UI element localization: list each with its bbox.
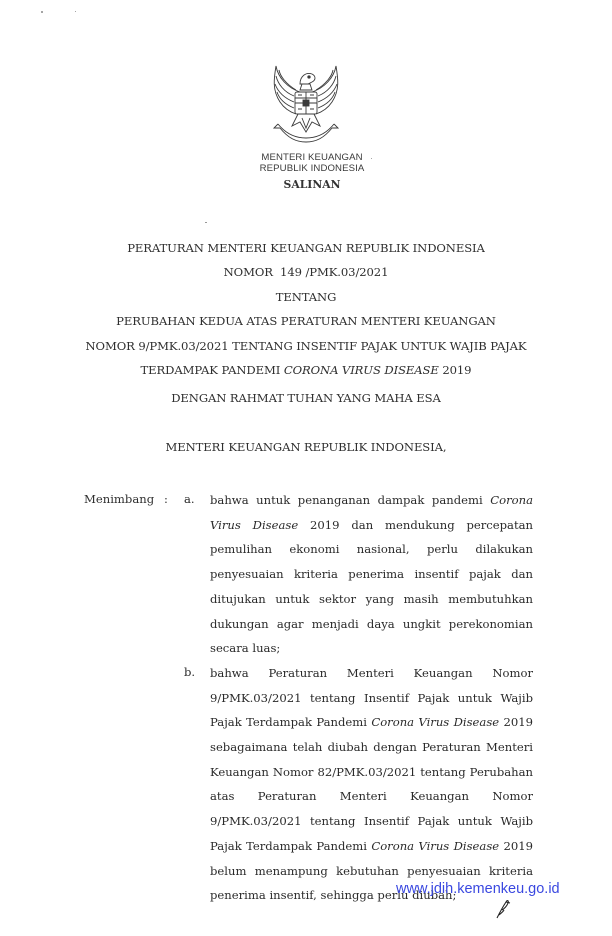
regulation-subject-line1: PERUBAHAN KEDUA ATAS PERATURAN MENTERI K… (0, 314, 612, 328)
garuda-emblem-icon (266, 62, 346, 150)
regulation-title: PERATURAN MENTERI KEUANGAN REPUBLIK INDO… (0, 241, 612, 255)
issuer: MENTERI KEUANGAN REPUBLIK INDONESIA, (0, 440, 612, 454)
item-text-line: 9/PMK.03/2021 tentang Insentif Pajak unt… (210, 690, 533, 706)
regulation-subject-line2: NOMOR 9/PMK.03/2021 TENTANG INSENTIF PAJ… (0, 339, 612, 353)
invocation: DENGAN RAHMAT TUHAN YANG MAHA ESA (0, 391, 612, 405)
ministry-heading-line1: MENTERI KEUANGAN (6, 152, 612, 163)
item-text-line: ditujukan untuk sektor yang masih membut… (210, 591, 533, 607)
document-page: MENTERI KEUANGAN REPUBLIK INDONESIA SALI… (0, 0, 612, 936)
item-text-line: Pajak Terdampak Pandemi Corona Virus Dis… (210, 714, 533, 730)
scan-speck (41, 11, 43, 13)
item-text-line: Virus Disease 2019 dan mendukung percepa… (210, 517, 533, 533)
item-text-line: dukungan agar menjadi daya ungkit pereko… (210, 616, 533, 632)
scan-speck (75, 11, 76, 12)
item-text-line: sebagaimana telah diubah dengan Peratura… (210, 739, 533, 755)
considering-label: Menimbang (84, 492, 154, 506)
item-text-line: bahwa Peraturan Menteri Keuangan Nomor (210, 665, 533, 681)
handwritten-initial-icon (494, 898, 514, 920)
item-text-line: Pajak Terdampak Pandemi Corona Virus Dis… (210, 838, 533, 854)
regulation-subject-line3: TERDAMPAK PANDEMI CORONA VIRUS DISEASE 2… (0, 363, 612, 377)
ministry-heading-line2: REPUBLIK INDONESIA (6, 163, 612, 174)
considering-colon: : (164, 492, 168, 506)
copy-stamp: SALINAN (6, 178, 612, 191)
item-letter: b. (184, 665, 195, 679)
item-text-line: penyesuaian kriteria penerima insentif p… (210, 566, 533, 582)
scan-speck (205, 222, 207, 223)
scan-speck (371, 158, 372, 159)
item-text-line: atas Peraturan Menteri Keuangan Nomor (210, 788, 533, 804)
footer-url-link[interactable]: www.jdih.kemenkeu.go.id (396, 881, 560, 897)
item-text-line: 9/PMK.03/2021 tentang Insentif Pajak unt… (210, 813, 533, 829)
item-text-line: Keuangan Nomor 82/PMK.03/2021 tentang Pe… (210, 764, 533, 780)
item-text-line: bahwa untuk penanganan dampak pandemi Co… (210, 492, 533, 508)
regulation-about: TENTANG (0, 290, 612, 304)
item-text-line: secara luas; (210, 640, 533, 656)
item-text-line: pemulihan ekonomi nasional, perlu dilaku… (210, 541, 533, 557)
item-text-line: belum menampung kebutuhan penyesuaian kr… (210, 863, 533, 879)
regulation-number: NOMOR 149 /PMK.03/2021 (0, 265, 612, 279)
item-letter: a. (184, 492, 195, 506)
